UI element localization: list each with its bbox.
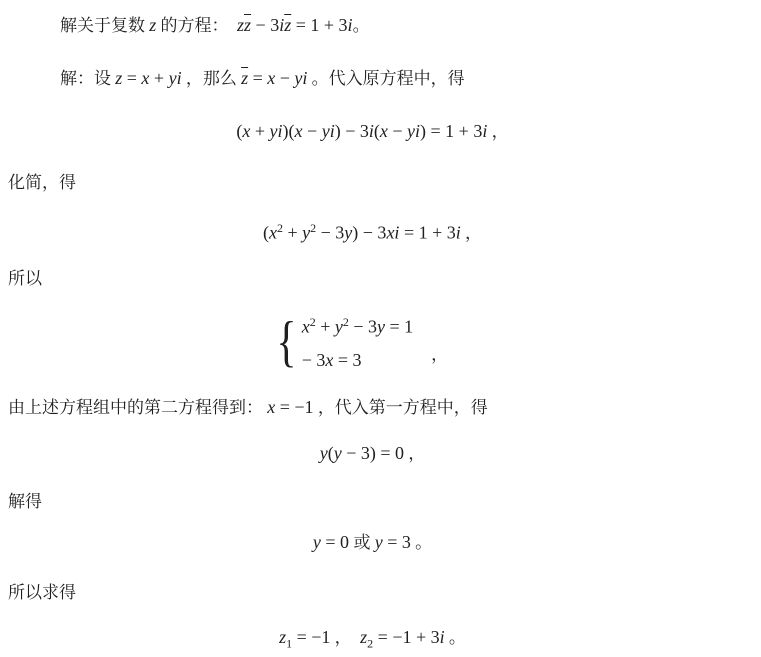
problem-statement-segment: = 1 + 3 [291,15,347,35]
equation-system: {x2 + y2 − 3y = 1− 3x = 3， [8,302,753,382]
problem-statement-segment: 。 [353,16,370,35]
substituted-equation-segment: ， [487,122,508,141]
problem-statement-segment: z [244,15,251,35]
problem-statement-segment: z [237,15,244,35]
simplified-equation-segment: y [302,223,310,243]
second-equation-deduction-segment: ，代入第一方程中，得 [314,398,488,417]
solution-setup-segment: = [248,68,267,88]
substituted-equation-segment: x [380,121,388,141]
equation-system-segment: y [377,316,385,336]
solution-setup-segment: 。代入原方程中，得 [307,69,464,88]
system-rows: x2 + y2 − 3y = 1− 3x = 3 [302,307,413,377]
solution-setup-segment: ，那么 [182,69,242,88]
substituted-equation: (x + yi)(x − yi) − 3i(x − yi) = 1 + 3i ， [8,116,753,147]
y-solutions-segment: y [375,532,383,552]
y-solutions-segment: = 3 [383,532,411,552]
substituted-equation-segment: − [303,121,322,141]
equation-system-segment: − 3 [302,350,326,370]
simplified-equation: (x2 + y2 − 3y) − 3xi = 1 + 3i ， [8,213,753,249]
second-equation-deduction-segment: = −1 [275,397,313,417]
simplify-label: 化简，得 [8,168,753,198]
final-answers-segment: = −1 [292,627,330,647]
document-body: 解关于复数 z 的方程： zz − 3iz = 1 + 3i。解：设 z = x… [0,0,761,657]
simplified-equation-segment: x [269,223,277,243]
solution-setup-segment: − [275,68,294,88]
solve-label-segment: 解得 [8,492,42,511]
solution-setup: 解：设 z = x + yi ，那么 z = x − yi 。代入原方程中，得 [8,63,753,94]
problem-statement: 解关于复数 z 的方程： zz − 3iz = 1 + 3i。 [8,0,753,41]
y-solutions-segment: y [313,532,321,552]
equation-system-segment: x [302,316,310,336]
therefore-label-segment: 所以 [8,269,42,288]
system-row-1: x2 + y2 − 3y = 1 [302,307,413,343]
equation-system-segment: − 3 [349,316,377,336]
simplified-equation-segment: ， [461,224,482,243]
simplified-equation-segment: − 3 [316,223,344,243]
simplified-equation-segment: ) − 3 [352,223,386,243]
factored-equation-segment: y [334,443,342,463]
equation-system-segment: ， [431,345,448,364]
substituted-equation-segment: + [250,121,269,141]
system-row-2: − 3x = 3 [302,345,413,376]
substituted-equation-segment: yi [407,121,420,141]
conclusion-label-segment: 所以求得 [8,583,76,602]
substituted-equation-segment: )( [283,121,295,141]
final-answers-segment: 。 [445,628,466,647]
equation-system-segment: y [335,316,343,336]
solution-setup-segment: + [149,68,168,88]
substituted-equation-segment: yi [322,121,335,141]
simplified-equation-segment: + [283,223,302,243]
final-answers: z1 = −1 ， z2 = −1 + 3i 。 [8,622,753,657]
substituted-equation-segment: ) = 1 + 3 [420,121,482,141]
problem-statement-segment: 的方程： [156,16,237,35]
simplified-equation-segment: xi [386,223,399,243]
factored-equation-segment: ， [404,444,425,463]
problem-statement-segment: 解关于复数 [60,16,149,35]
solution-setup-segment: = [122,68,141,88]
solution-setup-segment: yi [169,68,182,88]
solution-setup-segment: 解：设 [60,69,115,88]
factored-equation: y(y − 3) = 0 ， [8,438,753,469]
factored-equation-segment: − 3) = 0 [342,443,404,463]
equation-system-segment: = 3 [333,350,361,370]
system-trailing-punctuation: ， [431,340,448,370]
substituted-equation-segment: ) − 3 [335,121,369,141]
y-solutions-segment: 。 [411,533,432,552]
substituted-equation-segment: − [388,121,407,141]
equation-system-segment: + [316,316,335,336]
final-answers-segment: = −1 + 3 [373,627,439,647]
y-solutions-segment: = 0 [321,532,354,552]
substituted-equation-segment: yi [270,121,283,141]
equation-system-segment: = 1 [385,316,413,336]
problem-statement-segment: − 3 [251,15,279,35]
second-equation-deduction-segment: 由上述方程组中的第二方程得到： [8,398,267,417]
solution-setup-segment: yi [294,68,307,88]
substituted-equation-segment: x [295,121,303,141]
simplify-label-segment: 化简，得 [8,173,76,192]
conclusion-label: 所以求得 [8,578,753,608]
second-equation-deduction: 由上述方程组中的第二方程得到： x = −1 ，代入第一方程中，得 [8,392,753,423]
simplified-equation-segment: = 1 + 3 [399,223,455,243]
y-solutions-segment: 或 [354,533,375,552]
system-brace: { [276,314,296,370]
solve-label: 解得 [8,487,753,517]
final-answers-segment: ， [330,628,360,647]
y-solutions: y = 0 或 y = 3 。 [8,527,753,558]
math-solution-page: 解关于复数 z 的方程： zz − 3iz = 1 + 3i。解：设 z = x… [0,0,761,657]
factored-equation-segment: y [320,443,328,463]
therefore-label: 所以 [8,264,753,294]
